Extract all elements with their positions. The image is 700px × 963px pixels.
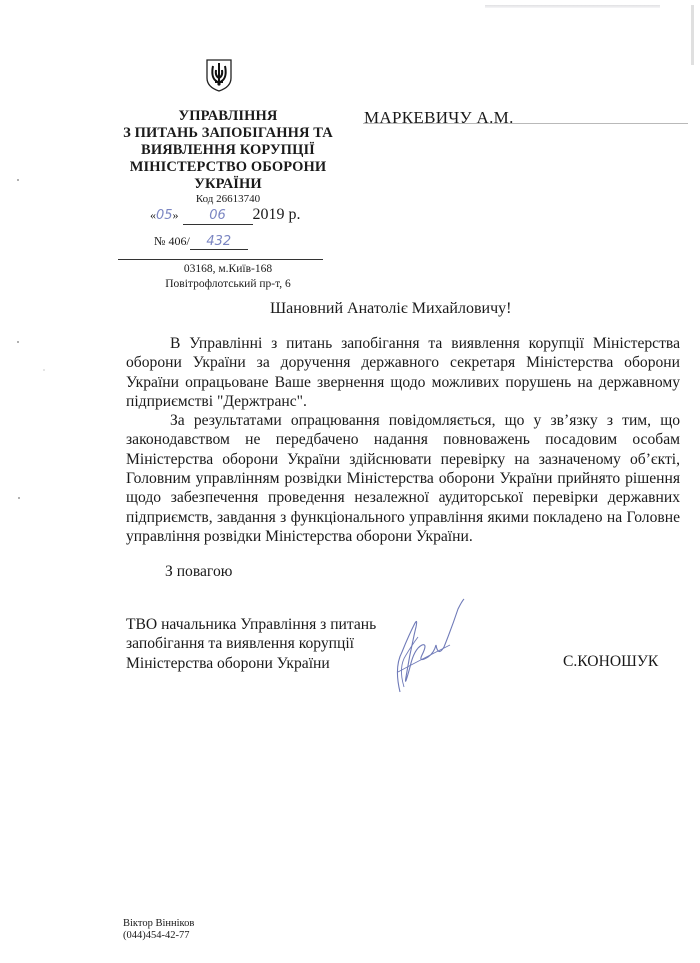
date-month: 06: [209, 208, 226, 223]
number-handwritten: 432: [206, 234, 231, 249]
signatory-name: С.КОНОШУК: [563, 653, 658, 671]
trident-coat-of-arms-icon: [205, 58, 233, 92]
org-address: 03168, м.Київ-168 Повітрофлотський пр-т,…: [118, 262, 338, 292]
signatory-title-line: ТВО начальника Управління з питань: [126, 615, 376, 634]
scan-edge-top: [485, 5, 660, 8]
body-paragraph: За результатами опрацювання повідомляєть…: [126, 411, 680, 546]
signatory-title-line: запобігання та виявлення корупції: [126, 634, 376, 653]
number-field: 432: [190, 234, 248, 250]
date-day: 05: [156, 208, 173, 223]
letter-date: «05» 062019 р.: [150, 206, 301, 225]
address-line: 03168, м.Київ-168: [118, 262, 338, 277]
letter-number: № 406/432: [154, 234, 248, 250]
org-line: УПРАВЛІННЯ: [118, 108, 338, 125]
org-line: З ПИТАНЬ ЗАПОБІГАННЯ ТА: [118, 125, 338, 142]
executor-phone: (044)454-42-77: [123, 930, 194, 942]
scan-edge-right: [691, 5, 694, 65]
address-line: Повітрофлотський пр-т, 6: [118, 277, 338, 292]
org-line: ВИЯВЛЕННЯ КОРУПЦІЇ: [118, 142, 338, 159]
letter-body: В Управлінні з питань запобігання та вия…: [126, 334, 680, 546]
handwritten-signature-icon: [392, 597, 472, 697]
signatory-title-line: Міністерства оборони України: [126, 654, 376, 673]
org-line: УКРАЇНИ: [118, 176, 338, 193]
organization-name: УПРАВЛІННЯ З ПИТАНЬ ЗАПОБІГАННЯ ТА ВИЯВЛ…: [118, 108, 338, 193]
closing: З повагою: [165, 563, 232, 581]
salutation: Шановний Анатоліє Михайловичу!: [270, 300, 511, 318]
executor-name: Віктор Вінніков: [123, 918, 194, 930]
date-year: 2019 р.: [253, 206, 301, 223]
body-paragraph: В Управлінні з питань запобігання та вия…: [126, 334, 680, 411]
org-code: Код 26613740: [118, 193, 338, 205]
signatory-title: ТВО начальника Управління з питань запоб…: [126, 615, 376, 673]
number-prefix: № 406/: [154, 234, 190, 248]
executor-info: Віктор Вінніков (044)454-42-77: [123, 918, 194, 942]
recipient: МАРКЕВИЧУ А.М.: [364, 108, 514, 128]
quote-close: »: [173, 208, 179, 222]
date-month-field: 06: [183, 206, 253, 225]
org-line: МІНІСТЕРСТВО ОБОРОНИ: [118, 159, 338, 176]
address-divider: [118, 259, 323, 260]
recipient-divider: [363, 123, 688, 124]
